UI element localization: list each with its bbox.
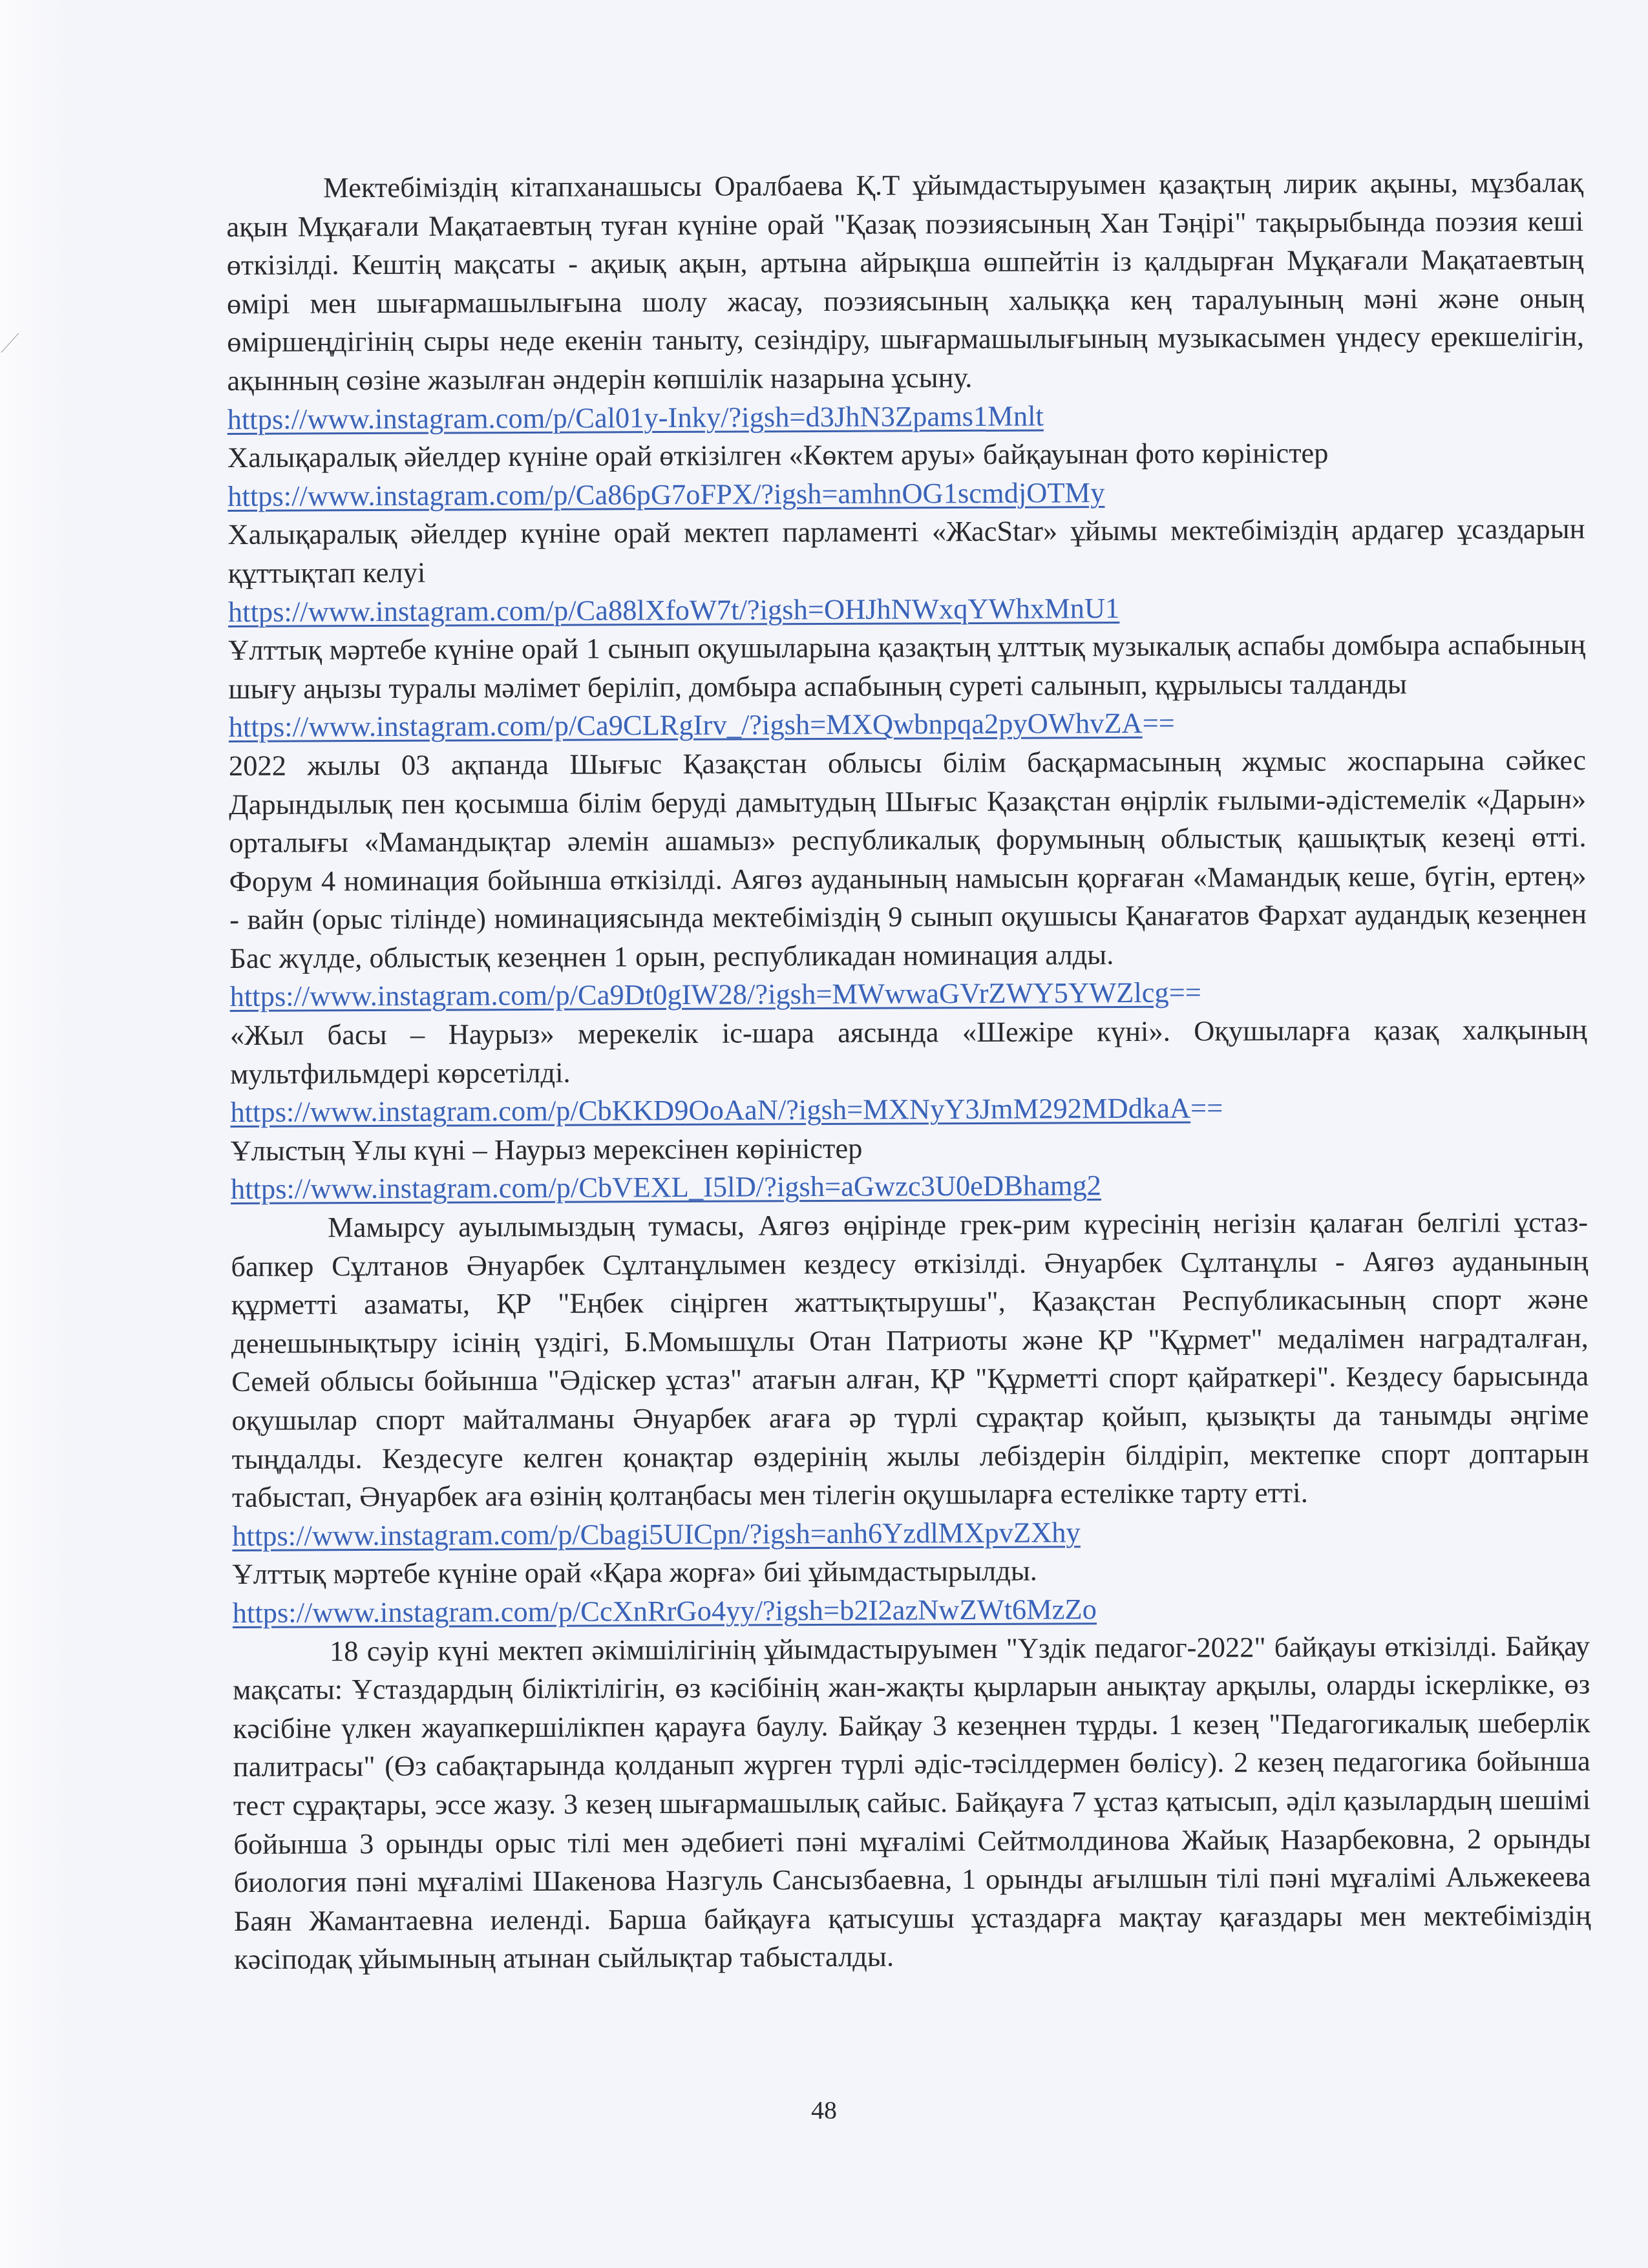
link-line: https://www.instagram.com/p/Cal01y-Inky/… <box>227 394 1585 439</box>
instagram-link[interactable]: https://www.instagram.com/p/Ca86pG7oFPX/… <box>227 476 1104 512</box>
paragraph: Ұлттық мәртебе күніне орай 1 сынып оқушы… <box>228 625 1586 708</box>
paragraph: Ұлыстың Ұлы күні – Наурыз мерексінен көр… <box>231 1126 1588 1171</box>
link-suffix: == <box>1143 707 1175 739</box>
instagram-link[interactable]: https://www.instagram.com/p/Ca9Dt0gIW28/… <box>229 976 1168 1013</box>
instagram-link[interactable]: https://www.instagram.com/p/Ca88lXfoW7t/… <box>228 592 1120 628</box>
link-suffix: == <box>1190 1092 1223 1124</box>
page-number: 48 <box>0 2095 1648 2125</box>
paragraph: Мамырсу ауылымыздың тумасы, Аягөз өңірін… <box>231 1203 1589 1517</box>
instagram-link[interactable]: https://www.instagram.com/p/Cal01y-Inky/… <box>227 399 1044 436</box>
instagram-link[interactable]: https://www.instagram.com/p/CcXnRrGo4yy/… <box>233 1593 1097 1629</box>
link-line: https://www.instagram.com/p/Ca88lXfoW7t/… <box>228 587 1585 631</box>
link-line: https://www.instagram.com/p/Cbagi5UICpn/… <box>232 1511 1589 1556</box>
link-line: https://www.instagram.com/p/CcXnRrGo4yy/… <box>233 1588 1590 1633</box>
link-line: https://www.instagram.com/p/CbKKD9OoAaN/… <box>230 1087 1587 1132</box>
paragraph: 18 сәуір күні мектеп әкімшілігінің ұйымд… <box>233 1626 1591 1979</box>
paragraph: 2022 жылы 03 ақпанда Шығыс Қазақстан обл… <box>229 741 1587 978</box>
link-line: https://www.instagram.com/p/Ca9Dt0gIW28/… <box>229 972 1587 1016</box>
paragraph: Ұлттық мәртебе күніне орай «Қара жорға» … <box>232 1549 1589 1594</box>
paragraph: Халықаралық әйелдер күніне орай өткізілг… <box>227 433 1585 478</box>
paragraph: Халықаралық әйелдер күніне орай мектеп п… <box>227 510 1585 593</box>
scan-margin <box>0 0 71 2268</box>
instagram-link[interactable]: https://www.instagram.com/p/CbKKD9OoAaN/… <box>230 1092 1190 1128</box>
link-line: https://www.instagram.com/p/Ca86pG7oFPX/… <box>227 472 1585 516</box>
link-suffix: == <box>1169 976 1201 1009</box>
instagram-link[interactable]: https://www.instagram.com/p/CbVEXL_I5lD/… <box>231 1170 1101 1206</box>
paragraph: «Жыл басы – Наурыз» мерекелік іс-шара ая… <box>230 1011 1588 1093</box>
link-line: https://www.instagram.com/p/CbVEXL_I5lD/… <box>231 1164 1588 1209</box>
instagram-link[interactable]: https://www.instagram.com/p/Ca9CLRgIrv_/… <box>229 707 1143 743</box>
link-line: https://www.instagram.com/p/Ca9CLRgIrv_/… <box>229 702 1586 747</box>
paragraph: Мектебіміздің кітапханашысы Оралбаева Қ.… <box>226 163 1585 401</box>
instagram-link[interactable]: https://www.instagram.com/p/Cbagi5UICpn/… <box>232 1516 1081 1552</box>
document-body: Мектебіміздің кітапханашысы Оралбаева Қ.… <box>226 163 1591 1979</box>
